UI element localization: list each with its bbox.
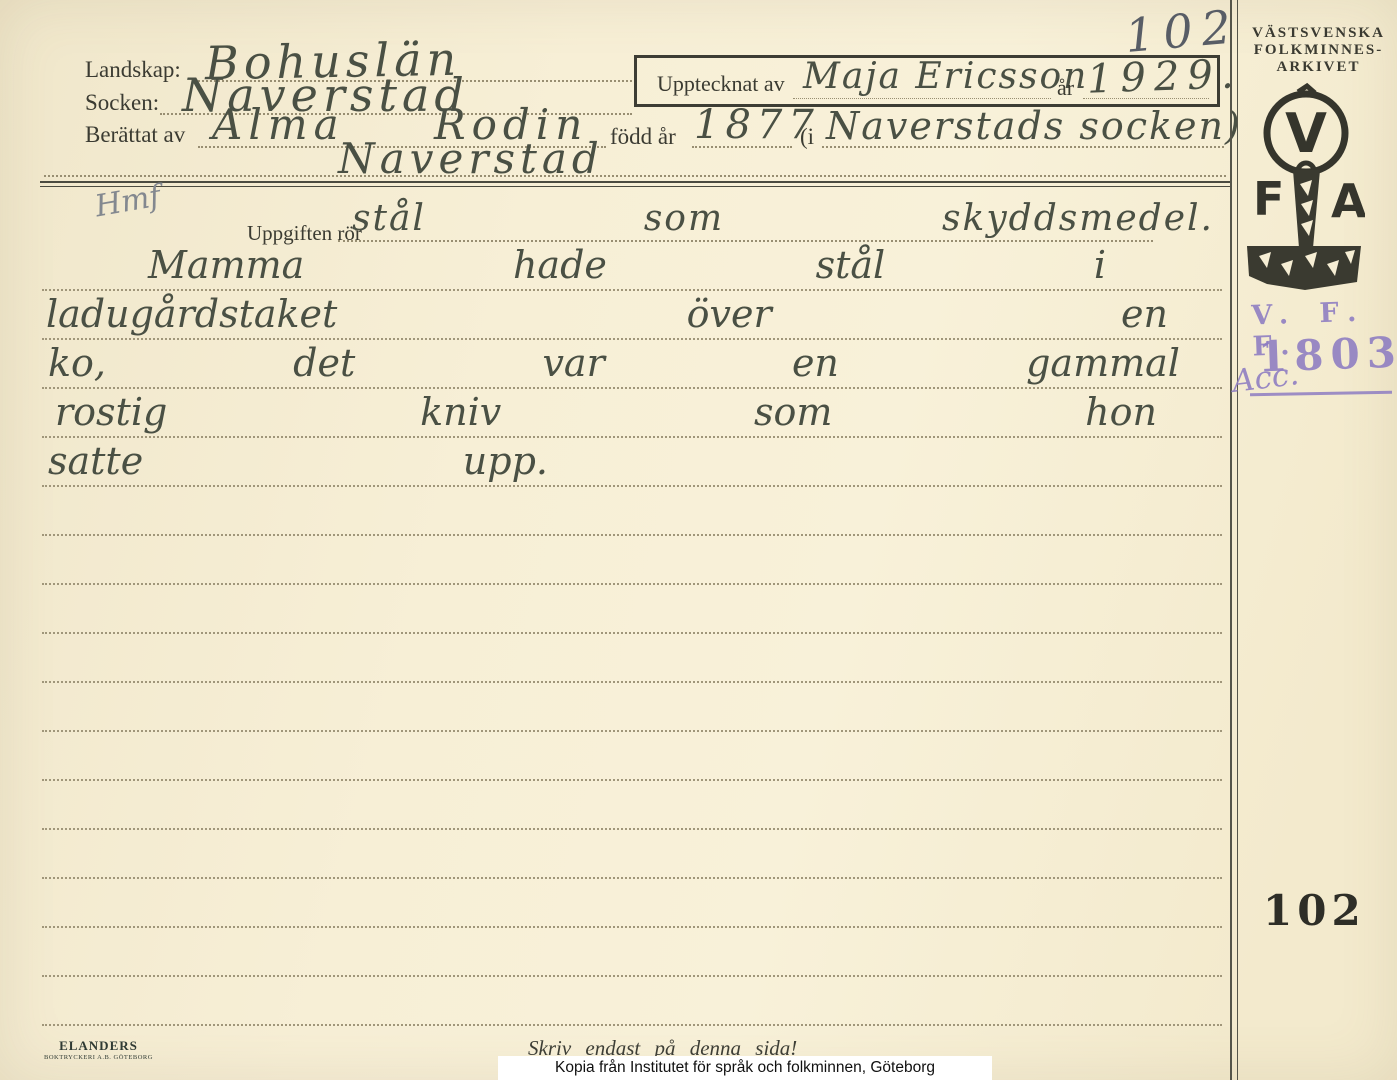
sidebar-divider-outer xyxy=(1230,0,1232,1080)
handwritten-page-number: 102 xyxy=(1123,0,1242,63)
printed-page-number: 102 xyxy=(1263,886,1366,935)
upptecknat-box: Upptecknat av Maja Ericsson år 1929. xyxy=(634,55,1220,107)
logo-letter-f: F xyxy=(1253,172,1284,226)
ruled-line xyxy=(42,632,1222,634)
thors-hammer-logo-icon: V F A xyxy=(1243,80,1365,320)
ruled-line xyxy=(42,387,1222,389)
ruled-line xyxy=(42,828,1222,830)
sidebar-divider-inner xyxy=(1237,0,1238,1080)
landskap-label: Landskap: xyxy=(85,57,181,83)
svg-text:V: V xyxy=(1285,102,1327,165)
story-line: Mammahadeståli xyxy=(148,243,1106,287)
berattat-av-label: Berättat av xyxy=(85,122,185,148)
ruled-line xyxy=(42,436,1222,438)
ruled-line xyxy=(42,975,1222,977)
upptecknat-handwritten-value: Maja Ericsson xyxy=(803,56,1088,97)
story-line: ko,detvarengammal xyxy=(48,341,1180,385)
copy-notice-text: Kopia från Institutet för språk och folk… xyxy=(555,1059,935,1077)
printer-name: ELANDERS xyxy=(44,1038,153,1054)
upptecknat-label: Upptecknat av xyxy=(657,71,785,97)
story-line: satteupp. xyxy=(48,439,548,483)
logo-letter-a: A xyxy=(1331,174,1365,228)
ruled-line xyxy=(42,877,1222,879)
header-divider-rule xyxy=(40,181,1230,187)
story-line: ladugårdstaketöveren xyxy=(46,292,1168,336)
org-line-2: FOLKMINNES- xyxy=(1240,42,1397,59)
upptecknat-dotted-line xyxy=(793,98,1051,99)
story-line: rostigknivsomhon xyxy=(55,390,1157,434)
topic-dotted-line xyxy=(338,240,1153,242)
header-bottom-dotted-line xyxy=(44,175,1226,177)
ar-label: år xyxy=(1057,75,1074,101)
org-line-3: ARKIVET xyxy=(1240,59,1397,76)
archive-record-card: Landskap: Bohuslän Socken: Naverstad Ber… xyxy=(0,0,1397,1080)
topic-handwritten-value: stålsomskyddsmedel. xyxy=(352,198,1214,239)
paren-label: (i xyxy=(800,124,814,150)
ruled-line xyxy=(42,534,1222,536)
copy-notice-strip: Kopia från Institutet för språk och folk… xyxy=(498,1056,992,1080)
socken-label: Socken: xyxy=(85,90,159,116)
printer-subtitle: BOKTRYCKERI A.B. GÖTEBORG xyxy=(44,1054,153,1061)
ruled-line xyxy=(42,289,1222,291)
ruled-line xyxy=(42,779,1222,781)
organization-name: VÄSTSVENSKA FOLKMINNES- ARKIVET xyxy=(1240,25,1397,76)
birthplace-handwritten-value: Naverstads socken) xyxy=(826,104,1242,148)
ruled-line xyxy=(42,583,1222,585)
ruled-line xyxy=(42,926,1222,928)
printer-imprint: ELANDERS BOKTRYCKERI A.B. GÖTEBORG xyxy=(44,1038,153,1061)
ruled-line xyxy=(42,1024,1222,1026)
ruled-line xyxy=(42,485,1222,487)
ruled-line xyxy=(42,681,1222,683)
org-line-1: VÄSTSVENSKA xyxy=(1240,25,1397,42)
ruled-line xyxy=(42,338,1222,340)
ruled-line xyxy=(42,730,1222,732)
fodd-ar-label: född år xyxy=(610,124,676,150)
